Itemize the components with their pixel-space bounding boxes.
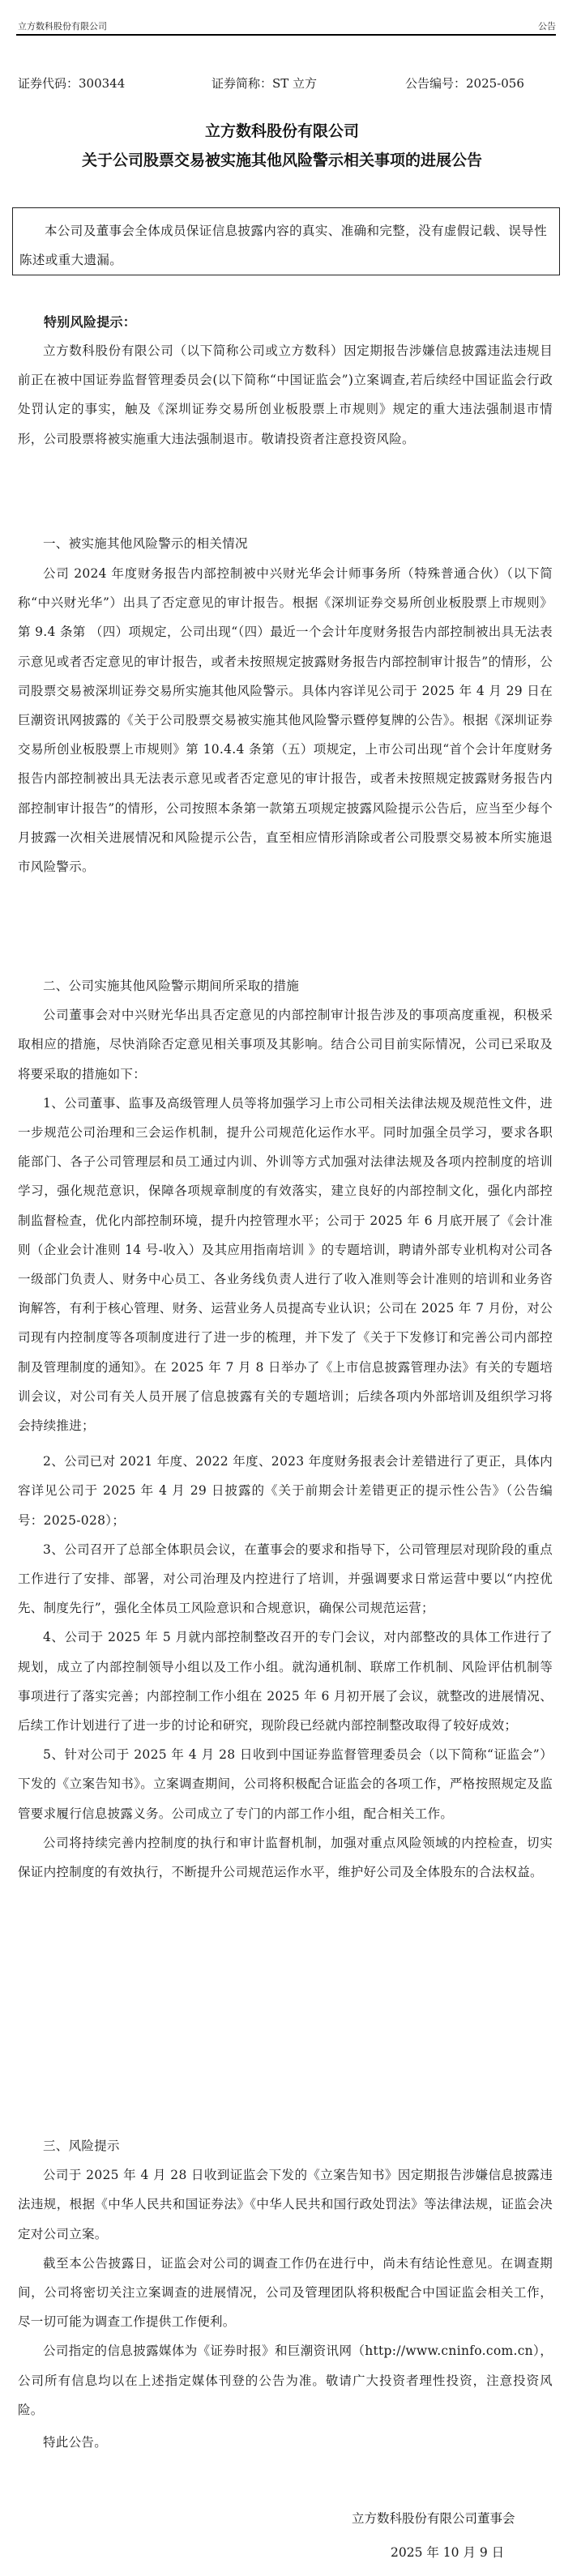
risk-alert-section: 特别风险提示： 立方数科股份有限公司（以下简称公司或立方数科）因定期报告涉嫌信息… xyxy=(18,309,553,454)
board-statement-box: 本公司及董事会全体成员保证信息披露内容的真实、准确和完整，没有虚假记载、误导性陈… xyxy=(12,207,560,275)
document-title-subject: 关于公司股票交易被实施其他风险警示相关事项的进展公告 xyxy=(0,148,564,170)
section-1: 一、被实施其他风险警示的相关情况 公司 2024 年度财务报告内部控制被中兴财光… xyxy=(18,528,553,881)
section-3-heading: 三、风险提示 xyxy=(18,2131,553,2160)
security-abbreviation: 证券简称：ST 立方 xyxy=(211,75,317,92)
security-code: 证券代码：300344 xyxy=(18,75,125,92)
page-header: 立方数科股份有限公司 公告 xyxy=(16,10,556,36)
section-1-heading: 一、被实施其他风险警示的相关情况 xyxy=(18,528,553,559)
section-3-paragraph-3: 公司指定的信息披露媒体为《证券时报》和巨潮资讯网（http://www.cnin… xyxy=(18,2336,553,2425)
closing-statement: 特此公告。 xyxy=(18,2428,553,2457)
section-3: 三、风险提示 公司于 2025 年 4 月 28 日收到证监会下发的《立案告知书… xyxy=(18,2131,553,2457)
section-2-measure-2: 2、公司已对 2021 年度、2022 年度、2023 年度财务报表会计差错进行… xyxy=(18,1447,553,1535)
section-1-paragraph: 公司 2024 年度财务报告内部控制被中兴财光华会计师事务所（特殊普通合伙）（以… xyxy=(18,559,553,881)
section-2-measure-3: 3、公司召开了总部全体职员会议，在董事会的要求和指导下，公司管理层对现阶段的重点… xyxy=(18,1535,553,1623)
section-2-measure-1: 1、公司董事、监事及高级管理人员等将加强学习上市公司相关法律法规及规范性文件，进… xyxy=(18,1089,553,1440)
section-2-measure-4: 4、公司于 2025 年 5 月就内部控制整改召开的专门会议，对内部整改的具体工… xyxy=(18,1623,553,1740)
risk-alert-heading: 特别风险提示： xyxy=(18,309,553,336)
header-doc-type: 公告 xyxy=(538,19,556,32)
risk-alert-body: 立方数科股份有限公司（以下简称公司或立方数科）因定期报告涉嫌信息披露违法违规目前… xyxy=(18,336,553,454)
section-2-measure-5: 5、针对公司于 2025 年 4 月 28 日收到中国证券监督管理委员会（以下简… xyxy=(18,1740,553,1828)
header-company-name: 立方数科股份有限公司 xyxy=(18,19,107,32)
signature-date: 2025 年 10 月 9 日 xyxy=(391,2543,504,2561)
announcement-number: 公告编号：2025-056 xyxy=(405,75,524,92)
section-3-paragraph-1: 公司于 2025 年 4 月 28 日收到证监会下发的《立案告知书》因定期报告涉… xyxy=(18,2160,553,2249)
section-2: 二、公司实施其他风险警示期间所采取的措施 公司董事会对中兴财光华出具否定意见的内… xyxy=(18,971,553,1887)
document-title-company: 立方数科股份有限公司 xyxy=(0,119,564,141)
section-2-intro: 公司董事会对中兴财光华出具否定意见的内部控制审计报告涉及的事项高度重视，积极采取… xyxy=(18,1000,553,1089)
security-info-row: 证券代码：300344 证券简称：ST 立方 公告编号：2025-056 xyxy=(18,75,548,92)
signature-board: 立方数科股份有限公司董事会 xyxy=(352,2509,515,2527)
section-2-heading: 二、公司实施其他风险警示期间所采取的措施 xyxy=(18,971,553,1000)
section-3-paragraph-2: 截至本公告披露日，证监会对公司的调查工作仍在进行中，尚未有结论性意见。在调查期间… xyxy=(18,2249,553,2337)
section-2-summary: 公司将持续完善内控制度的执行和审计监督机制，加强对重点风险领域的内控检查，切实保… xyxy=(18,1828,553,1887)
